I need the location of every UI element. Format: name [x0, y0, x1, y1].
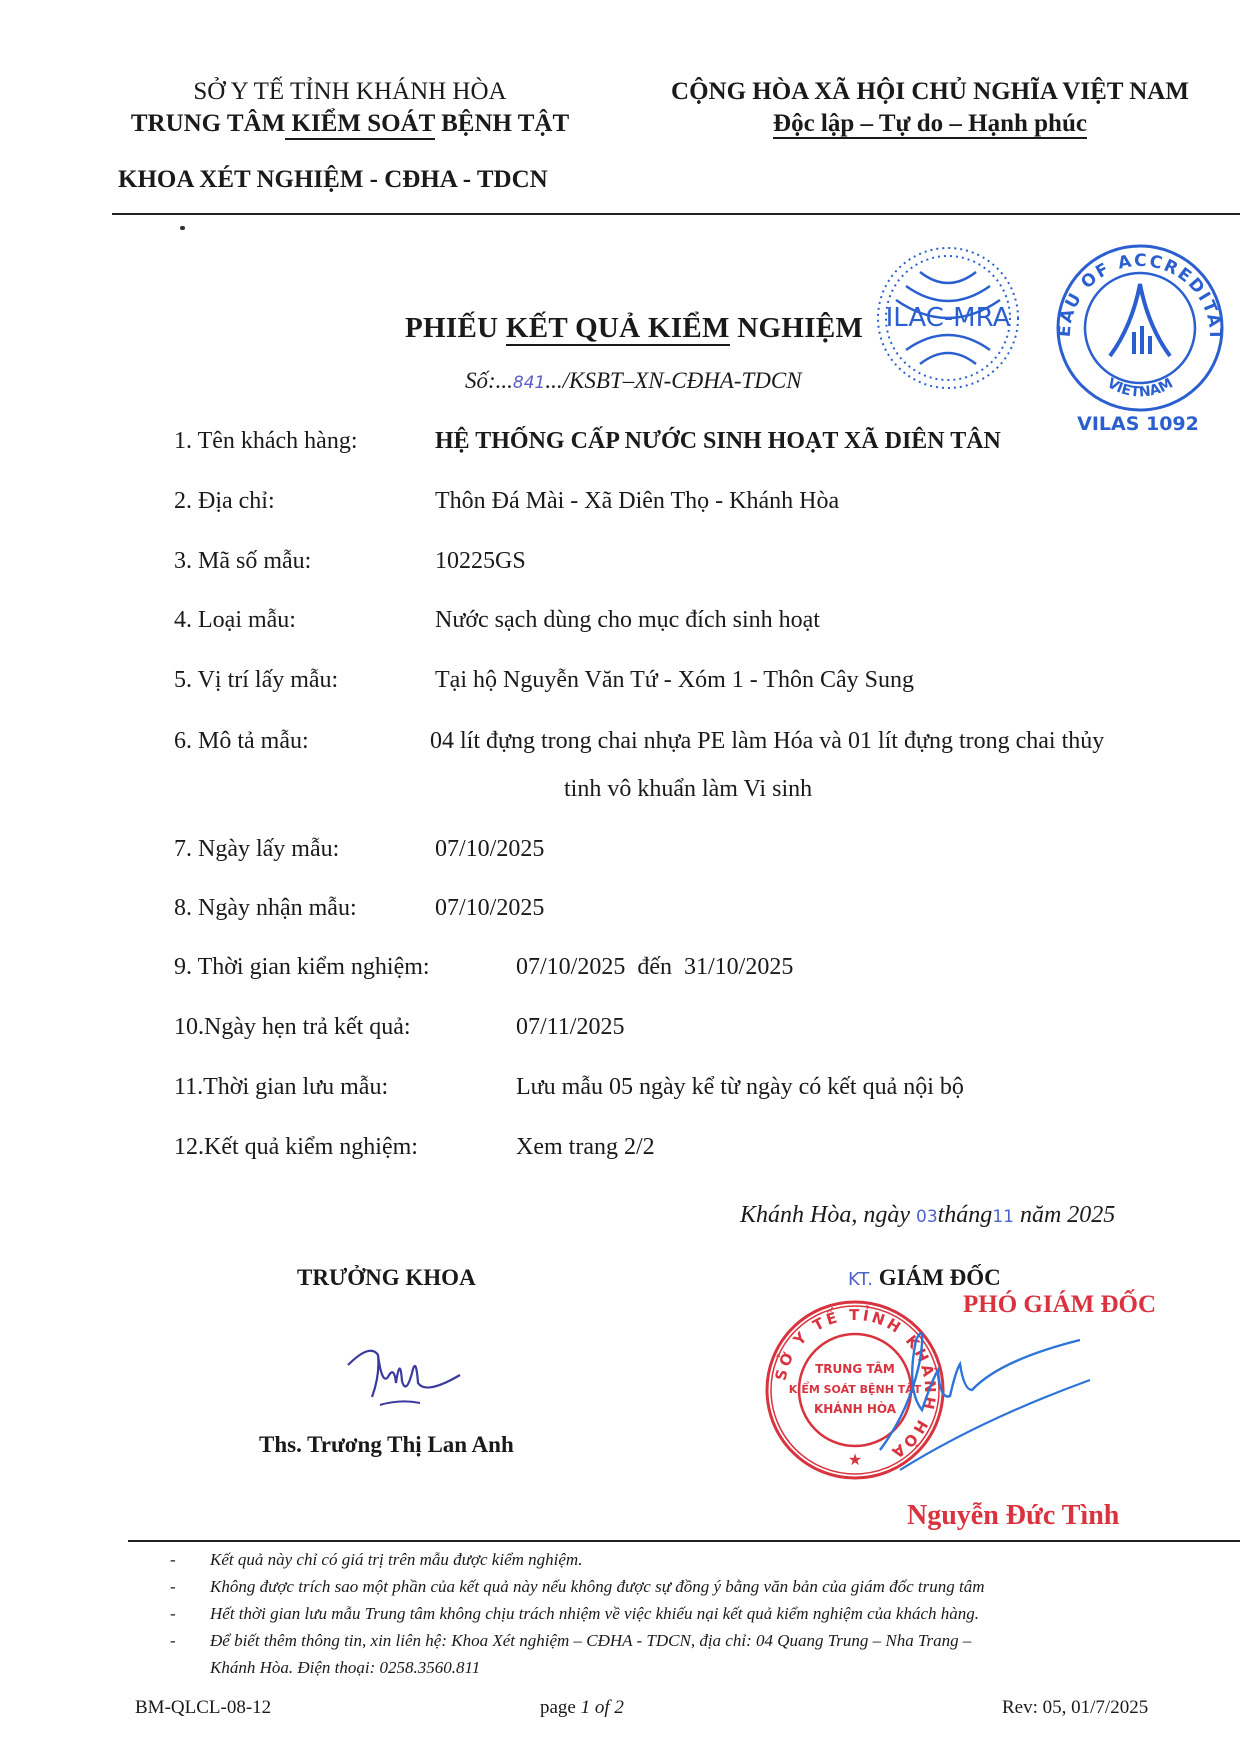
org-name: TRUNG TÂM KIỂM SOÁT BỆNH TẬT — [100, 108, 600, 140]
note-item: Kết quả này chỉ có giá trị trên mẫu được… — [170, 1546, 985, 1573]
national-motto: Độc lập – Tự do – Hạnh phúc — [650, 108, 1210, 140]
notes-list: Kết quả này chỉ có giá trị trên mẫu được… — [170, 1546, 985, 1681]
handwritten-month: 11 — [992, 1207, 1014, 1227]
department: KHOA XÉT NGHIỆM - CĐHA - TDCN — [118, 166, 548, 194]
national-title: CỘNG HÒA XÃ HỘI CHỦ NGHĨA VIỆT NAM — [650, 76, 1210, 108]
handwritten-day: 03 — [916, 1207, 938, 1227]
revision: Rev: 05, 01/7/2025 — [1002, 1697, 1148, 1719]
note-item-cont: Khánh Hòa. Điện thoại: 0258.3560.811 — [170, 1654, 985, 1681]
head-signature-icon — [340, 1325, 490, 1415]
place-and-date: Khánh Hòa, ngày 03tháng11 năm 2025 — [740, 1202, 1115, 1229]
head-of-department-title: TRƯỞNG KHOA — [297, 1265, 476, 1291]
org-parent: SỞ Y TẾ TỈNH KHÁNH HÒA — [100, 76, 600, 108]
document-title: PHIẾU KẾT QUẢ KIỂM NGHIỆM — [405, 312, 863, 345]
document-number: Số:...841.../KSBT–XN-CĐHA-TDCN — [465, 368, 802, 394]
form-code: BM-QLCL-08-12 — [135, 1697, 271, 1719]
svg-text:VIETNAM: VIETNAM — [1104, 375, 1176, 400]
director-title: KT. GIÁM ĐỐC — [848, 1265, 1001, 1291]
note-item: Để biết thêm thông tin, xin liên hệ: Kho… — [170, 1627, 985, 1654]
head-of-department-name: Ths. Trương Thị Lan Anh — [259, 1432, 514, 1458]
director-signature-icon — [860, 1300, 1120, 1480]
note-item: Hết thời gian lưu mẫu Trung tâm không ch… — [170, 1600, 985, 1627]
page-indicator: page 1 of 2 — [540, 1697, 624, 1719]
ilac-mra-stamp-icon: ILAC-MRA — [868, 238, 1028, 398]
footer-divider — [128, 1540, 1240, 1542]
handwritten-number: 841 — [513, 373, 545, 393]
svg-text:VILAS 1092: VILAS 1092 — [1077, 413, 1199, 435]
header-divider — [112, 213, 1240, 215]
org-header: SỞ Y TẾ TỈNH KHÁNH HÒA TRUNG TÂM KIỂM SO… — [100, 76, 600, 140]
svg-text:ILAC-MRA: ILAC-MRA — [886, 303, 1011, 333]
national-header: CỘNG HÒA XÃ HỘI CHỦ NGHĨA VIỆT NAM Độc l… — [650, 76, 1210, 140]
handwritten-kt: KT. — [848, 1269, 873, 1290]
boa-accreditation-stamp-icon: BUREAU OF ACCREDITATION VIETNAM VILAS 10… — [1040, 236, 1240, 436]
director-name: Nguyễn Đức Tình — [907, 1500, 1119, 1532]
note-item: Không được trích sao một phần của kết qu… — [170, 1573, 985, 1600]
scan-speck — [180, 226, 185, 230]
